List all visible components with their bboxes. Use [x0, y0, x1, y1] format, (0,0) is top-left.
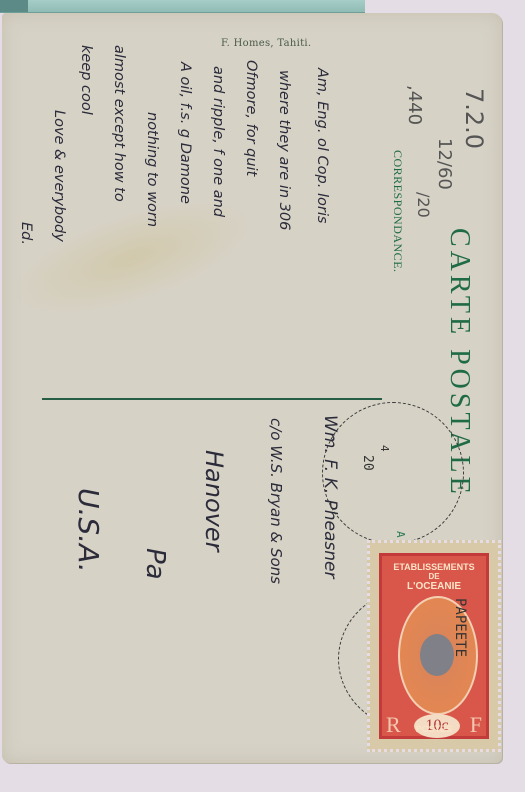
pencil-note-fraction: 12/60 — [434, 138, 455, 190]
postmark-town: PAPEETE — [452, 598, 468, 657]
message-line: Am, Eng. ol Cop. loris — [305, 68, 338, 223]
stamp-text-line1: ETABLISSEMENTS — [382, 562, 486, 572]
pencil-note-denominator: /20 — [414, 192, 433, 218]
stamp-footer: POSTES — [382, 724, 486, 734]
correspondance-label: CORRESPONDANCE. — [390, 150, 405, 273]
message-line: Love & everybody — [42, 110, 75, 242]
message-line: almost except how to — [102, 45, 135, 202]
message-line: keep cool — [69, 45, 102, 115]
pencil-note-price: 7.2.0 — [460, 88, 488, 149]
stamp-frame: ETABLISSEMENTS DE L'OCEANIE R 10c F POST… — [379, 553, 489, 739]
address-divider-line — [42, 398, 382, 400]
address-line-city: Hanover — [200, 450, 228, 551]
message-line: Ofmore, for quit — [234, 60, 267, 176]
message-line: nothing to worn — [135, 112, 168, 227]
message-signature: Ed. — [9, 222, 42, 245]
message-line: and ripple, f one and — [201, 66, 234, 217]
postmark-day: 4 — [378, 445, 391, 452]
top-edge-strip-end — [0, 0, 28, 12]
address-line-state: Pa — [140, 548, 170, 580]
message-line: where they are in 306 — [267, 70, 300, 230]
address-line-care-of: c/o W.S. Bryan & Sons — [267, 418, 285, 584]
postage-stamp: ETABLISSEMENTS DE L'OCEANIE R 10c F POST… — [367, 540, 501, 752]
stamp-text-line3: L'OCEANIE — [382, 581, 486, 592]
address-line-country: U.S.A. — [72, 488, 105, 573]
stamp-portrait-face — [420, 634, 454, 676]
stamp-text-line2: DE — [382, 572, 486, 581]
message-line: A oil, f.s. g Damone — [168, 62, 201, 204]
postmark-upper: 4 20 A — [322, 402, 464, 544]
postmark-year: 20 — [360, 455, 375, 471]
publisher-imprint: F. Homes, Tahiti. — [221, 38, 311, 49]
postmark-side-letter: A — [394, 531, 407, 538]
top-edge-strip — [0, 0, 365, 13]
pencil-note-number: ,440 — [404, 85, 425, 125]
